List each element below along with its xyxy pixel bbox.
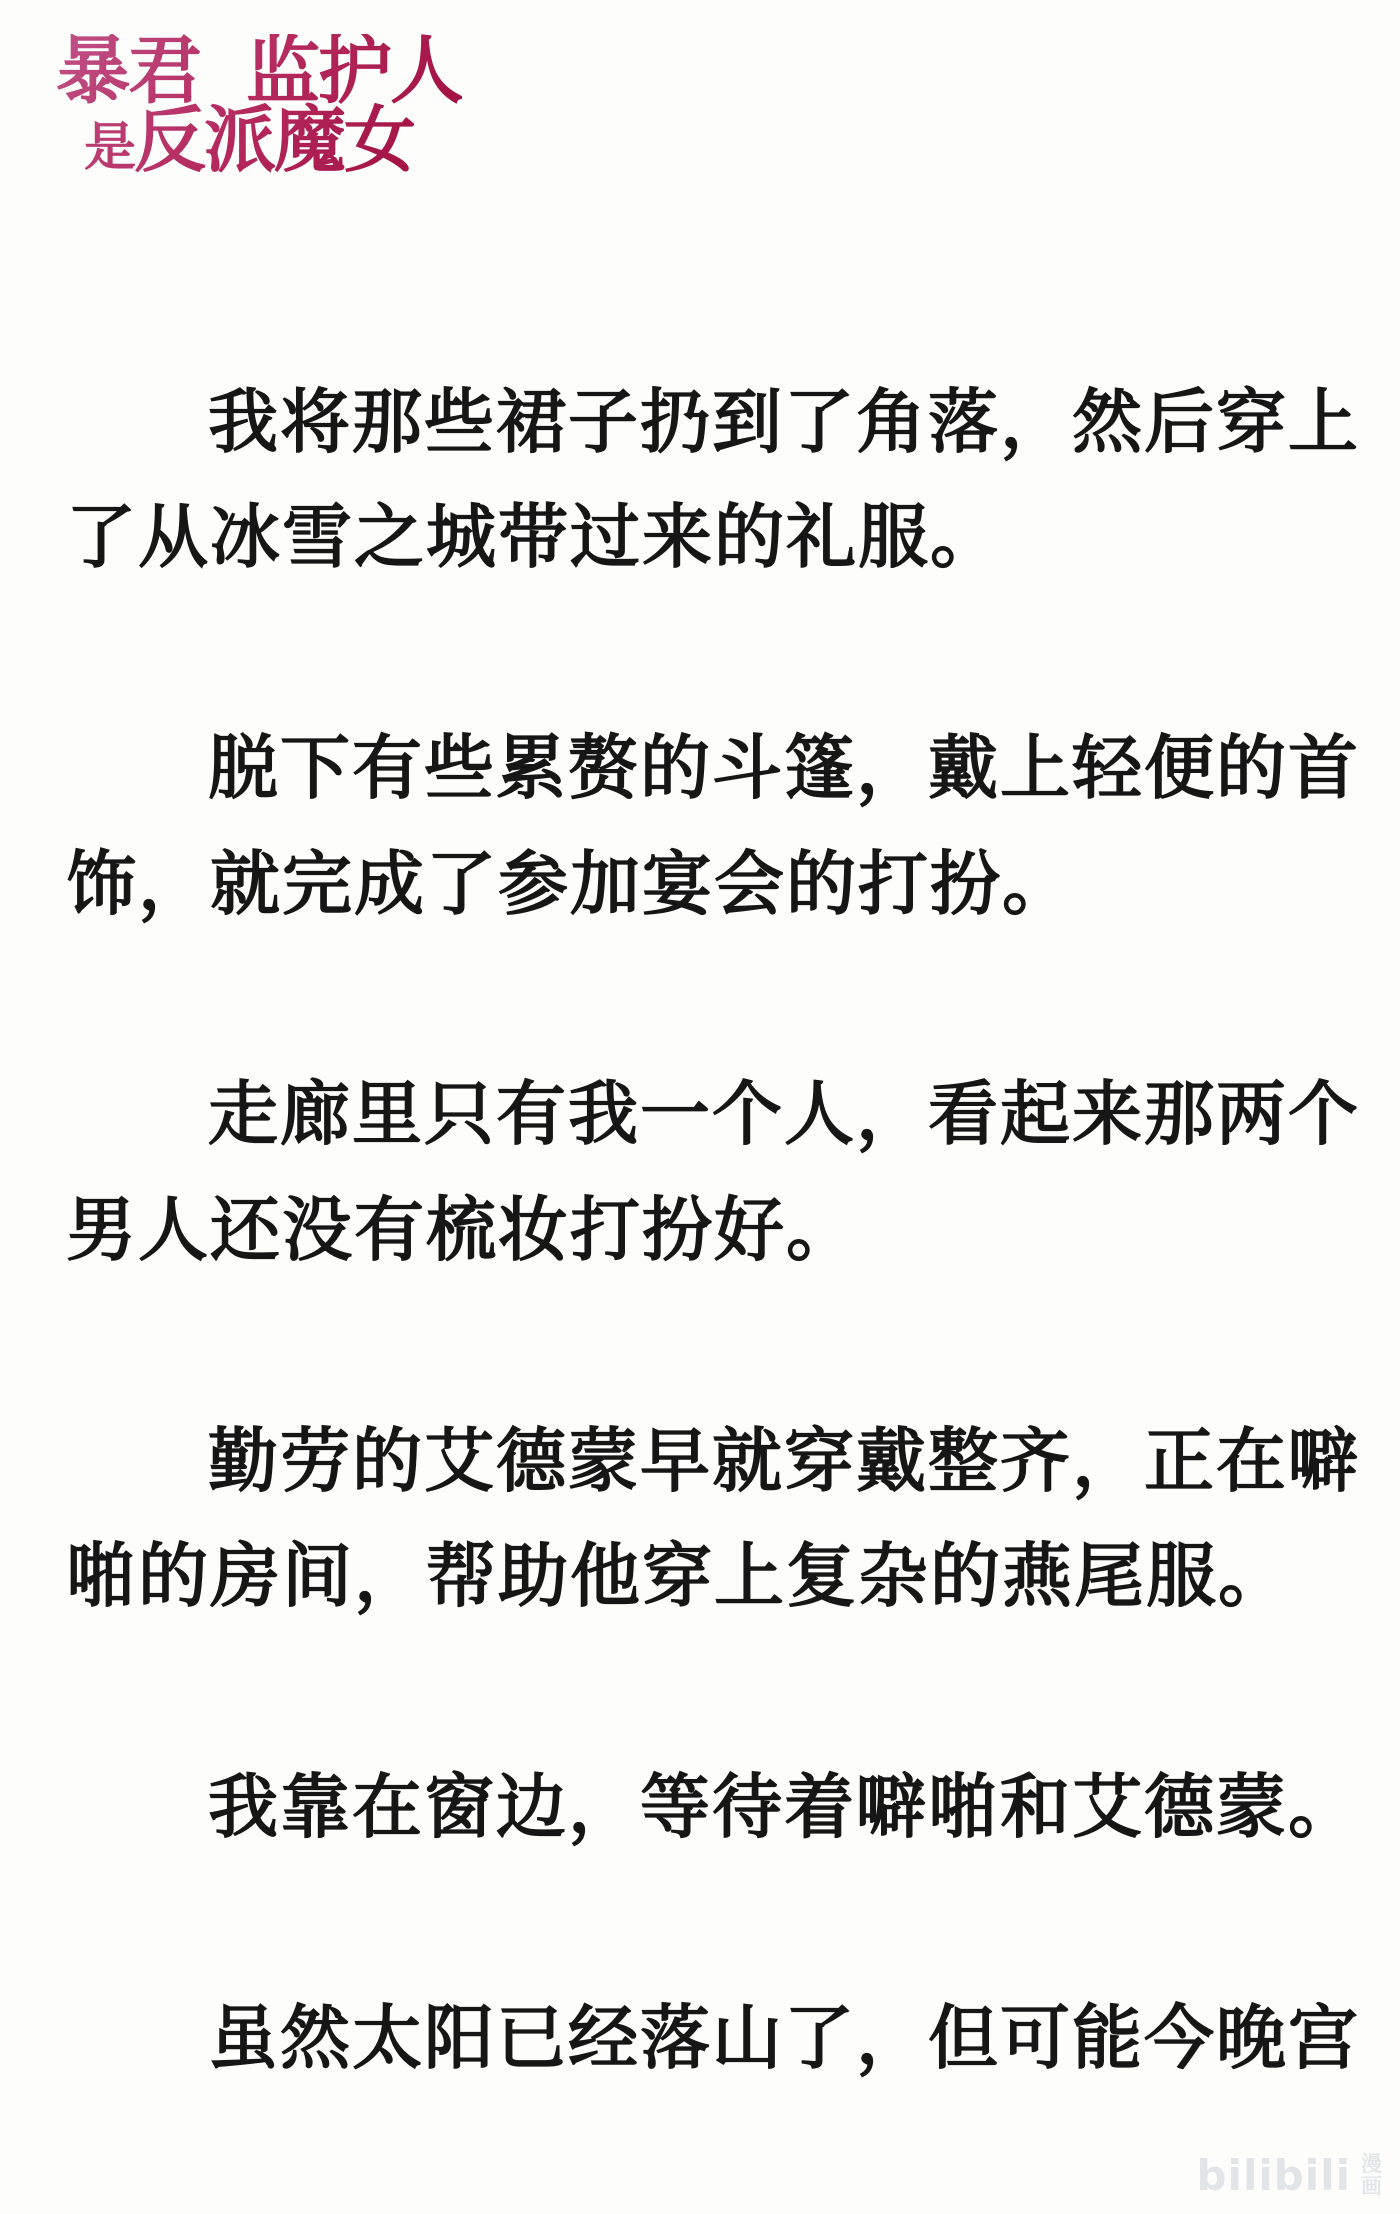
paragraph: 虽然太阳已经落山了，但可能今晚宫 [66,1981,1376,2096]
bilibili-wordmark: bilibili [1196,2151,1351,2200]
paragraph: 脱下有些累赘的斗篷，戴上轻便的首 饰，就完成了参加宴会的打扮。 [66,711,1376,942]
series-title-logo: 暴君 的 监护人 是 反派魔女 [56,34,462,176]
text-line: 男人还没有梳妆打扮好。 [66,1173,1376,1288]
logo-line-2: 是 反派魔女 [84,104,462,176]
story-text: 我将那些裙子扔到了角落，然后穿上 了从冰雪之城带过来的礼服。 脱下有些累赘的斗篷… [66,365,1376,2211]
paragraph: 走廊里只有我一个人，看起来那两个 男人还没有梳妆打扮好。 [66,1057,1376,1288]
text-line: 虽然太阳已经落山了，但可能今晚宫 [66,1981,1376,2096]
logo-text: 反派魔女 [134,104,414,176]
logo-text: 是 [84,122,134,174]
bilibili-manga-watermark: bilibili 漫 画 [1196,2151,1382,2200]
text-line: 我靠在窗边，等待着噼啪和艾德蒙。 [66,1750,1376,1865]
paragraph: 我将那些裙子扔到了角落，然后穿上 了从冰雪之城带过来的礼服。 [66,365,1376,596]
manga-label: 漫 画 [1361,2154,1382,2198]
text-line: 我将那些裙子扔到了角落，然后穿上 [66,365,1376,480]
paragraph: 勤劳的艾德蒙早就穿戴整齐，正在噼 啪的房间，帮助他穿上复杂的燕尾服。 [66,1404,1376,1635]
text-line: 啪的房间，帮助他穿上复杂的燕尾服。 [66,1519,1376,1634]
text-line: 脱下有些累赘的斗篷，戴上轻便的首 [66,711,1376,826]
text-line: 饰，就完成了参加宴会的打扮。 [66,827,1376,942]
manga-label-bottom: 画 [1361,2176,1382,2198]
novel-page: 暴君 的 监护人 是 反派魔女 我将那些裙子扔到了角落，然后穿上 了从冰雪之城带… [0,0,1400,2214]
manga-label-top: 漫 [1361,2154,1382,2176]
text-line: 走廊里只有我一个人，看起来那两个 [66,1057,1376,1172]
paragraph: 我靠在窗边，等待着噼啪和艾德蒙。 [66,1750,1376,1865]
logo-text: 的 [200,54,246,102]
text-line: 勤劳的艾德蒙早就穿戴整齐，正在噼 [66,1404,1376,1519]
text-line: 了从冰雪之城带过来的礼服。 [66,480,1376,595]
